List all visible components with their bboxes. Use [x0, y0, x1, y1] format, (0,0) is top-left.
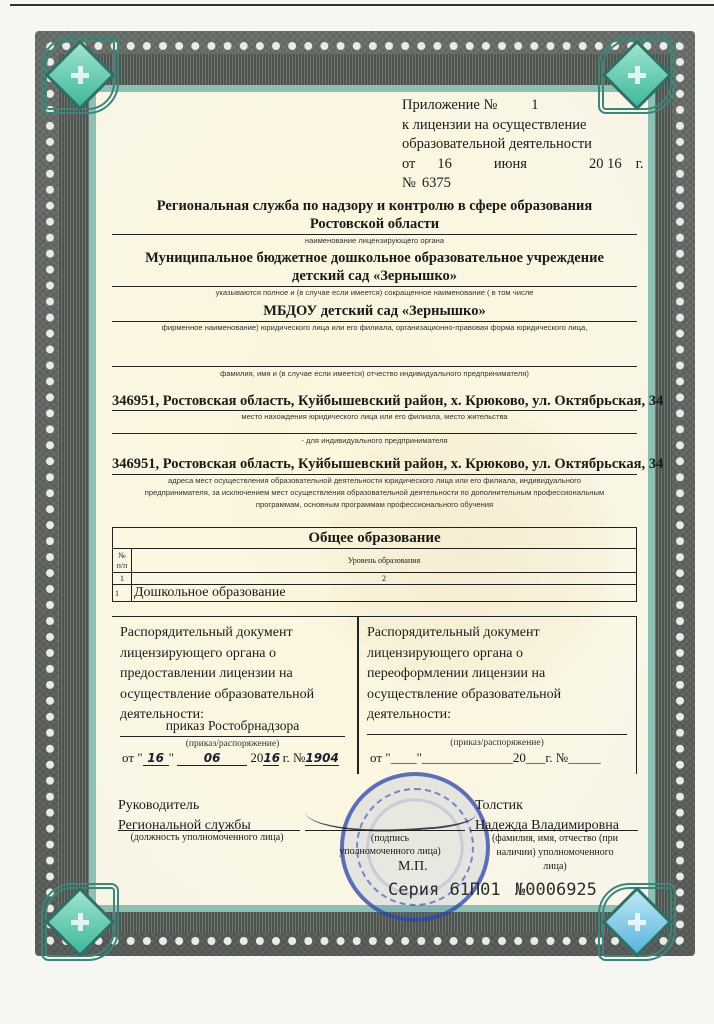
column-number: 2: [132, 573, 637, 585]
column-number: 1: [113, 573, 132, 585]
underline: [112, 433, 637, 434]
name-caption: (фамилия, имя, отчество (при наличии) уп…: [470, 832, 640, 874]
table-title: Общее образование: [113, 528, 637, 549]
seal-label: М.П.: [398, 859, 428, 875]
reissue-order-caption: (приказ/распоряжение): [367, 738, 627, 748]
name-caption-line2: наличии) уполномоченного: [470, 846, 640, 860]
order-month: 06: [177, 751, 247, 766]
licensing-body-line2: Ростовской области: [112, 216, 637, 233]
licensee-full-name-line1: Муниципальное бюджетное дошкольное образ…: [112, 250, 637, 267]
licensee-full-name-line2: детский сад «Зернышко»: [112, 268, 637, 285]
form-series: Серия 61П01: [388, 880, 501, 900]
licensee-caption2: фирменное наименование) юридического лиц…: [112, 323, 637, 332]
corner-ornament-icon: [33, 875, 128, 970]
position-caption: (должность уполномоченного лица): [112, 832, 302, 843]
activity-address: 346951, Ростовская область, Куйбышевский…: [112, 456, 637, 473]
title-line: деятельности:: [367, 705, 561, 726]
form-number-value: 0006925: [525, 880, 597, 900]
signature-caption: (подпись уполномоченного лица): [320, 832, 460, 858]
activity-caption-line2: предпринимателя, за исключением мест осу…: [106, 488, 643, 497]
header-level: Уровень образования: [132, 549, 637, 573]
title-line: переоформлении лицензии на: [367, 664, 561, 685]
sheet-edge: [10, 4, 714, 6]
order-year: 16: [263, 751, 279, 766]
date-suffix: г.: [636, 155, 644, 175]
location-caption2: - для индивидуального предпринимателя: [112, 436, 637, 445]
signature-caption-line2: уполномоченного лица): [320, 845, 460, 858]
header-number-line2: п/п: [117, 561, 128, 570]
row-level: Дошкольное образование: [132, 585, 637, 602]
date-month: июня: [494, 155, 527, 175]
date-prefix: от ": [122, 750, 143, 765]
title-line: лицензирующего органа о: [120, 644, 314, 665]
title-line: осуществление образовательной: [367, 685, 561, 706]
form-number-label: №: [515, 880, 525, 900]
quote: ": [169, 750, 174, 765]
year-prefix: 20: [250, 750, 263, 765]
licensee-caption3: фамилия, имя и (в случае если имеется) о…: [112, 369, 637, 378]
underline: [118, 830, 300, 831]
reissue-order-date-line: от "____"______________20___г. №_____: [370, 750, 601, 766]
corner-ornament-icon: [33, 28, 128, 123]
appendix-line3: образовательной деятельности: [402, 135, 592, 155]
underline: [470, 830, 638, 831]
title-line: осуществление образовательной: [120, 685, 314, 706]
date-day: 16: [437, 155, 452, 175]
table-column-numbers-row: 1 2: [113, 573, 637, 585]
series-value: 61П01: [449, 880, 500, 900]
activity-caption-line3: программам, основным программам професси…: [106, 500, 643, 509]
header-number-line1: №: [118, 551, 126, 560]
grant-order-date-line: от "16" 06 2016 г. №1904: [122, 750, 339, 766]
corner-ornament-icon: [590, 875, 685, 970]
table-row: 1 Дошкольное образование: [113, 585, 637, 602]
title-line: лицензирующего органа о: [367, 644, 561, 665]
appendix-label: Приложение №: [402, 96, 497, 116]
table-header-row: № п/п Уровень образования: [113, 549, 637, 573]
signature-caption-line1: (подпись: [320, 832, 460, 845]
date-year: 20 16: [589, 155, 622, 175]
underline: [112, 410, 637, 411]
grant-order-document: приказ Ростобрнадзора: [120, 718, 345, 734]
underline: [120, 736, 345, 737]
appendix-line2: к лицензии на осуществление: [402, 116, 586, 136]
grant-order-caption: (приказ/распоряжение): [120, 739, 345, 749]
license-number: 6375: [422, 174, 451, 194]
underline: [305, 830, 465, 831]
name-caption-line3: лица): [470, 860, 640, 874]
form-number: №0006925: [515, 880, 597, 900]
reissue-order-title: Распорядительный документ лицензирующего…: [367, 623, 561, 726]
underline: [112, 286, 637, 287]
licensee-caption1: указываются полное и (в случае если имее…: [112, 288, 637, 297]
year-number-label: г. №: [283, 750, 306, 765]
title-line: Распорядительный документ: [120, 623, 314, 644]
series-label: Серия: [388, 880, 439, 900]
licensing-body-caption: наименование лицензирующего органа: [112, 236, 637, 245]
underline: [112, 366, 637, 367]
appendix-header: Приложение №1 к лицензии на осуществлени…: [402, 96, 642, 194]
signatory-surname: Толстик: [475, 796, 619, 816]
underline: [112, 321, 637, 322]
education-levels-table: Общее образование № п/п Уровень образова…: [112, 527, 637, 602]
location-caption1: место нахождения юридического лица или е…: [112, 412, 637, 421]
licensee-short-name: МБДОУ детский сад «Зернышко»: [112, 303, 637, 320]
order-day: 16: [143, 751, 169, 766]
order-number: 1904: [305, 751, 339, 766]
appendix-number: 1: [531, 96, 538, 116]
license-number-label: №: [402, 174, 416, 194]
underline: [367, 734, 627, 735]
title-line: Распорядительный документ: [367, 623, 561, 644]
underline: [112, 474, 637, 475]
date-prefix: от: [402, 155, 415, 175]
underline: [112, 234, 637, 235]
grant-order-title: Распорядительный документ лицензирующего…: [120, 623, 314, 726]
header-number: № п/п: [113, 549, 132, 573]
position-line1: Руководитель: [118, 796, 251, 816]
location-address: 346951, Ростовская область, Куйбышевский…: [112, 393, 637, 410]
licensing-body-line1: Региональная служба по надзору и контрол…: [112, 198, 637, 215]
name-caption-line1: (фамилия, имя, отчество (при: [470, 832, 640, 846]
row-number: 1: [113, 585, 132, 602]
divider: [112, 616, 637, 617]
title-line: предоставлении лицензии на: [120, 664, 314, 685]
activity-caption-line1: адреса мест осуществления образовательно…: [106, 476, 643, 485]
